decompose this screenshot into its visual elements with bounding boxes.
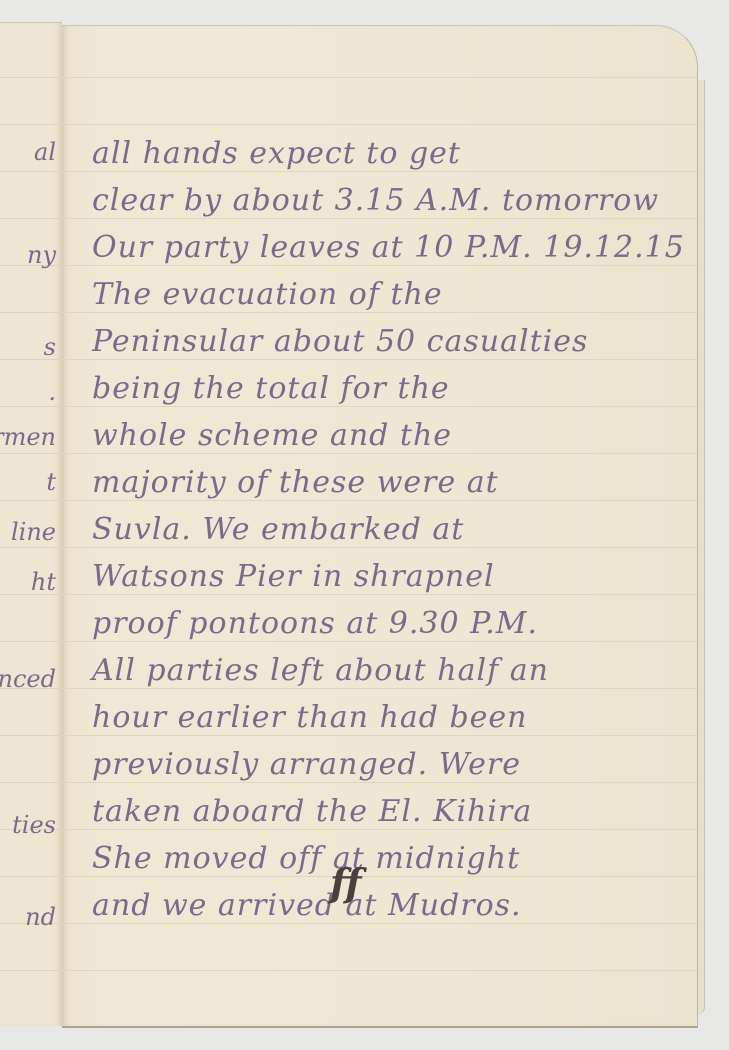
left-fragment: al [34, 138, 56, 166]
left-fragment: ny [27, 241, 56, 269]
handwritten-line: hour earlier than had been [92, 700, 527, 735]
left-fragment: s [44, 333, 56, 361]
handwritten-line: taken aboard the El. Kihira [92, 794, 532, 829]
handwritten-line: Peninsular about 50 casualties [92, 324, 588, 359]
left-fragment: nced [0, 665, 56, 693]
left-fragment: rmen [0, 423, 56, 451]
left-fragment: nd [25, 903, 56, 931]
handwritten-line: The evacuation of the [92, 277, 443, 312]
handwritten-line: and we arrived at Mudros. [92, 888, 522, 923]
ink-correction-mark: ff [330, 860, 361, 905]
handwritten-line: all hands expect to get [92, 136, 461, 171]
left-fragment: . [48, 378, 56, 406]
notebook-spread: al ny s . rmen t line ht nced ties nd al… [0, 0, 729, 1050]
handwritten-line: All parties left about half an [92, 653, 549, 688]
left-fragment: ht [31, 568, 56, 596]
handwritten-line: Suvla. We embarked at [92, 512, 464, 547]
left-fragment: t [46, 468, 56, 496]
handwritten-line: being the total for the [92, 371, 450, 406]
left-fragment: ties [12, 811, 56, 839]
left-page: al ny s . rmen t line ht nced ties nd [0, 22, 62, 1026]
right-page: all hands expect to get clear by about 3… [62, 25, 698, 1028]
handwritten-line: previously arranged. Were [92, 747, 521, 782]
handwritten-line: clear by about 3.15 A.M. tomorrow [92, 183, 659, 218]
handwritten-line: whole scheme and the [92, 418, 452, 453]
handwritten-line: Our party leaves at 10 P.M. 19.12.15 [92, 230, 685, 265]
handwritten-line: majority of these were at [92, 465, 499, 500]
handwritten-line: She moved off at midnight [92, 841, 520, 876]
page-edge-stack [697, 80, 705, 1015]
left-fragment: line [11, 518, 56, 546]
handwritten-line: Watsons Pier in shrapnel [92, 559, 495, 594]
handwritten-line: proof pontoons at 9.30 P.M. [92, 606, 538, 641]
